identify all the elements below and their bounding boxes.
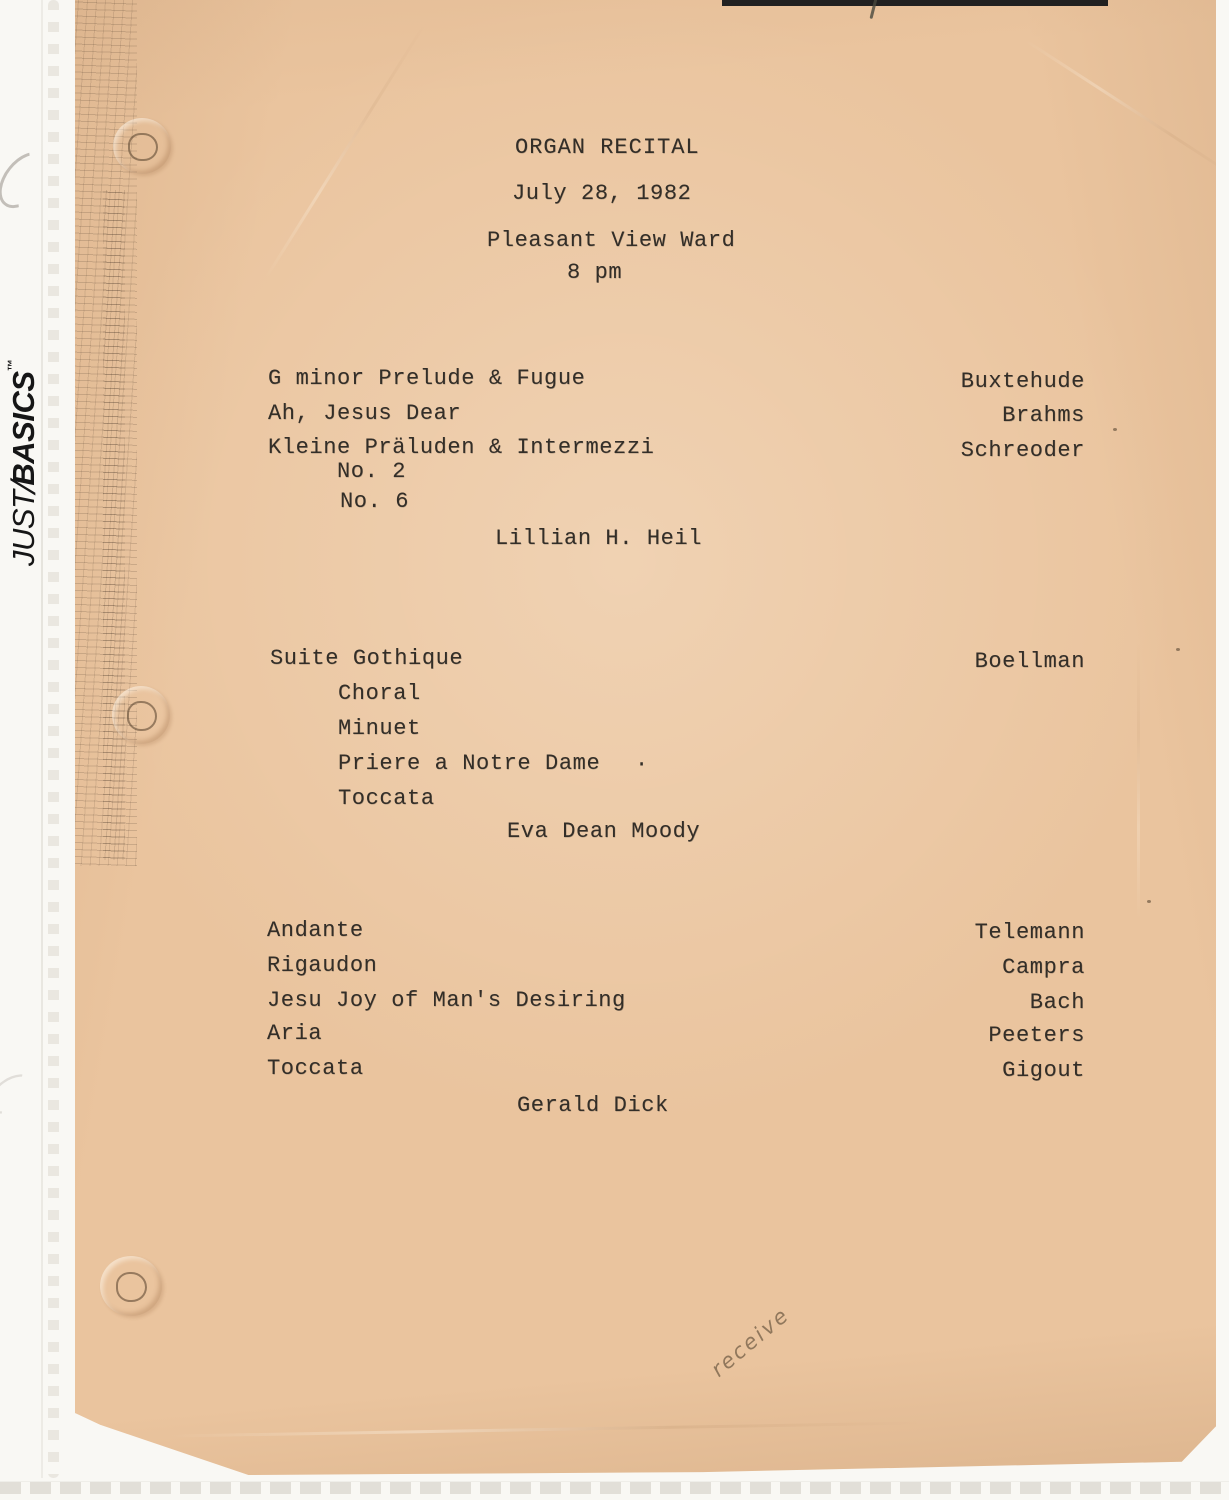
composer-name: Brahms	[1002, 404, 1085, 428]
piece-title: Jesu Joy of Man's Desiring	[267, 989, 626, 1013]
sleeve-punch-hole-mark	[0, 1066, 42, 1122]
performer-name: Eva Dean Moody	[507, 820, 700, 844]
composer-name: Boellman	[975, 650, 1085, 674]
composer-name: Buxtehude	[961, 370, 1085, 394]
piece-title: Suite Gothique	[270, 647, 463, 671]
movement-item: No. 6	[340, 490, 409, 514]
composer-name: Schreoder	[961, 439, 1085, 463]
piece-title: Ah, Jesus Dear	[268, 402, 461, 426]
paper-speck	[1113, 428, 1117, 431]
scanner-black-strip	[722, 0, 1108, 6]
movement-item: No. 2	[337, 460, 406, 484]
performer-name: Lillian H. Heil	[495, 527, 702, 551]
composer-name: Telemann	[975, 921, 1085, 945]
embossed-punch-ring	[113, 118, 171, 174]
stray-typed-dot: ·	[635, 752, 648, 777]
piece-title: G minor Prelude & Fugue	[268, 367, 585, 391]
embossed-punch-ring	[112, 686, 170, 744]
piece-title: Aria	[267, 1022, 322, 1046]
paper-crease	[1025, 39, 1229, 183]
movement-item: Minuet	[338, 717, 421, 741]
program-time: 8 pm	[567, 261, 622, 285]
piece-title: Andante	[267, 919, 364, 943]
paper-speck	[1176, 648, 1180, 651]
sleeve-fold-line	[41, 0, 43, 1478]
program-title: ORGAN RECITAL	[515, 136, 700, 160]
sleeve-brand-logo: JUST/BASICS™	[1, 363, 47, 563]
brand-just-label: JUST	[6, 491, 42, 567]
piece-title: Rigaudon	[267, 954, 377, 978]
recital-program-page: ORGAN RECITAL July 28, 1982 Pleasant Vie…	[75, 0, 1216, 1478]
composer-name: Gigout	[1002, 1059, 1085, 1083]
paper-crease	[264, 23, 426, 279]
paper-crease	[165, 1421, 925, 1437]
composer-name: Campra	[1002, 956, 1085, 980]
program-date: July 28, 1982	[512, 182, 691, 206]
embossed-punch-ring	[100, 1256, 162, 1316]
paper-crease	[1137, 640, 1140, 920]
photocopy-toner-marks	[103, 190, 125, 860]
sleeve-bottom-seam	[0, 1481, 1229, 1494]
composer-name: Peeters	[988, 1024, 1085, 1048]
piece-title: Toccata	[267, 1057, 364, 1081]
movement-item: Priere a Notre Dame	[338, 752, 600, 776]
program-venue: Pleasant View Ward	[487, 229, 735, 253]
movement-item: Choral	[338, 682, 421, 706]
performer-name: Gerald Dick	[517, 1094, 669, 1118]
brand-trademark-symbol: ™	[5, 360, 19, 372]
composer-name: Bach	[1030, 991, 1085, 1015]
movement-item: Toccata	[338, 787, 435, 811]
handwritten-note: receive	[706, 1302, 794, 1381]
scanned-page: JUST/BASICS™ ORGAN RECITAL July 28, 1982…	[0, 0, 1229, 1500]
piece-title: Kleine Präluden & Intermezzi	[268, 436, 654, 460]
brand-basics-label: BASICS	[6, 371, 42, 485]
sleeve-stitch-seam	[48, 0, 59, 1478]
paper-speck	[1147, 900, 1151, 903]
